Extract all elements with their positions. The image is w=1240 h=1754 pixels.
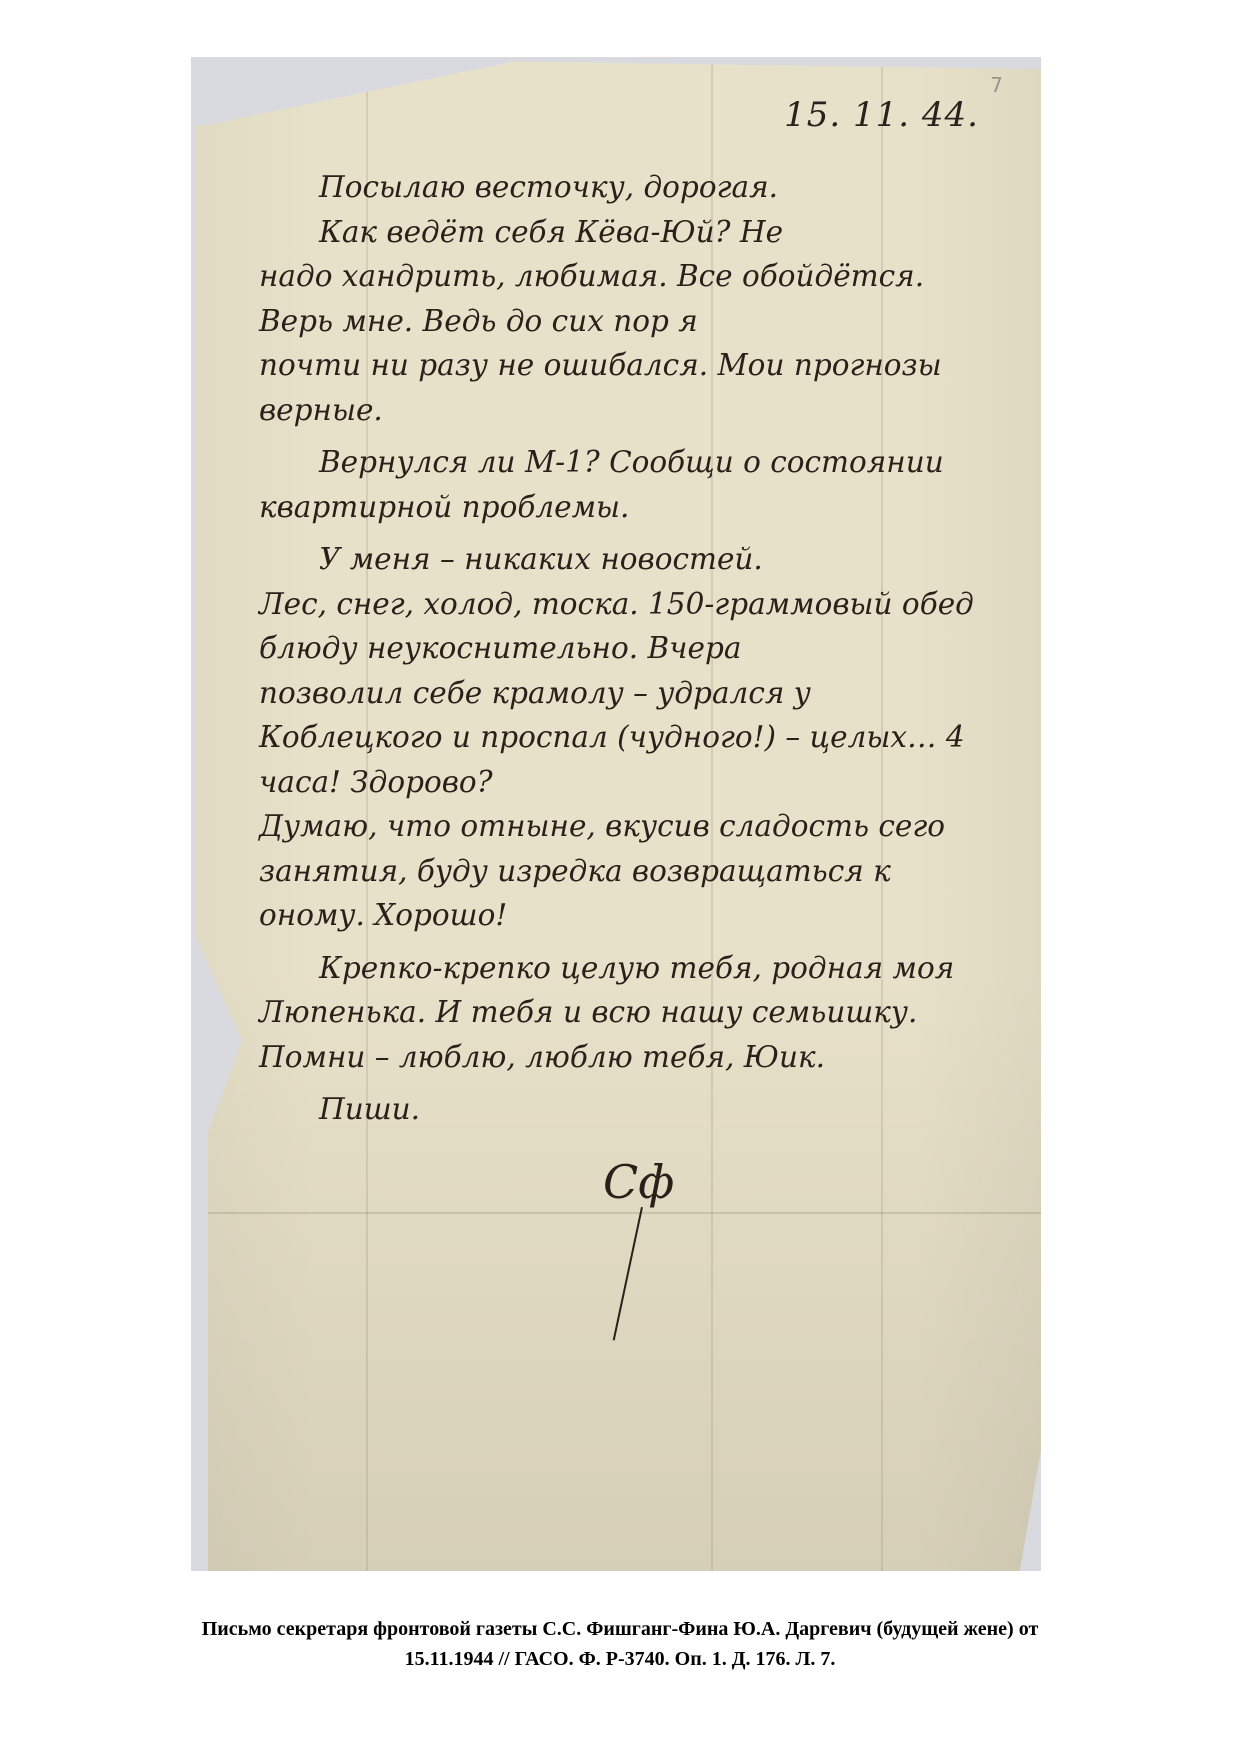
- letter-line: У меня – никаких новостей.: [259, 537, 989, 582]
- letter-line: надо хандрить, любимая. Все обойдётся. В…: [259, 254, 989, 343]
- letter-line: позволил себе крамолу – удрался у Коблец…: [259, 671, 989, 805]
- fold-line: [191, 1212, 1041, 1214]
- signature: Сф: [603, 1155, 674, 1209]
- signature-stroke: [613, 1207, 643, 1340]
- archive-page-number: 7: [990, 73, 1003, 97]
- letter-body: Посылаю весточку, дорогая. Как ведёт себ…: [259, 165, 989, 1132]
- letter-line: Посылаю весточку, дорогая.: [259, 165, 989, 210]
- document-caption: Письмо секретаря фронтовой газеты С.С. Ф…: [60, 1614, 1180, 1674]
- letter-line: Крепко-крепко целую тебя, родная моя Люп…: [259, 946, 989, 1080]
- caption-line-1: Письмо секретаря фронтовой газеты С.С. Ф…: [60, 1614, 1180, 1644]
- letter-line: Вернулся ли М-1? Сообщи о состоянии квар…: [259, 440, 989, 529]
- letter-line: Пиши.: [259, 1087, 989, 1132]
- letter-line: Как ведёт себя Кёва-Юй? Не: [259, 210, 989, 255]
- caption-line-2: 15.11.1944 // ГАСО. Ф. Р-3740. Оп. 1. Д.…: [60, 1644, 1180, 1674]
- paper-sheet: 7 15. 11. 44. Посылаю весточку, дорогая.…: [191, 57, 1041, 1571]
- letter-line: почти ни разу не ошибался. Мои прогнозы …: [259, 343, 989, 432]
- letter-photograph: 7 15. 11. 44. Посылаю весточку, дорогая.…: [191, 57, 1041, 1571]
- letter-date: 15. 11. 44.: [784, 95, 979, 135]
- letter-line: Думаю, что отныне, вкусив сладость сего …: [259, 804, 989, 938]
- letter-line: Лес, снег, холод, тоска. 150-граммовый о…: [259, 582, 989, 671]
